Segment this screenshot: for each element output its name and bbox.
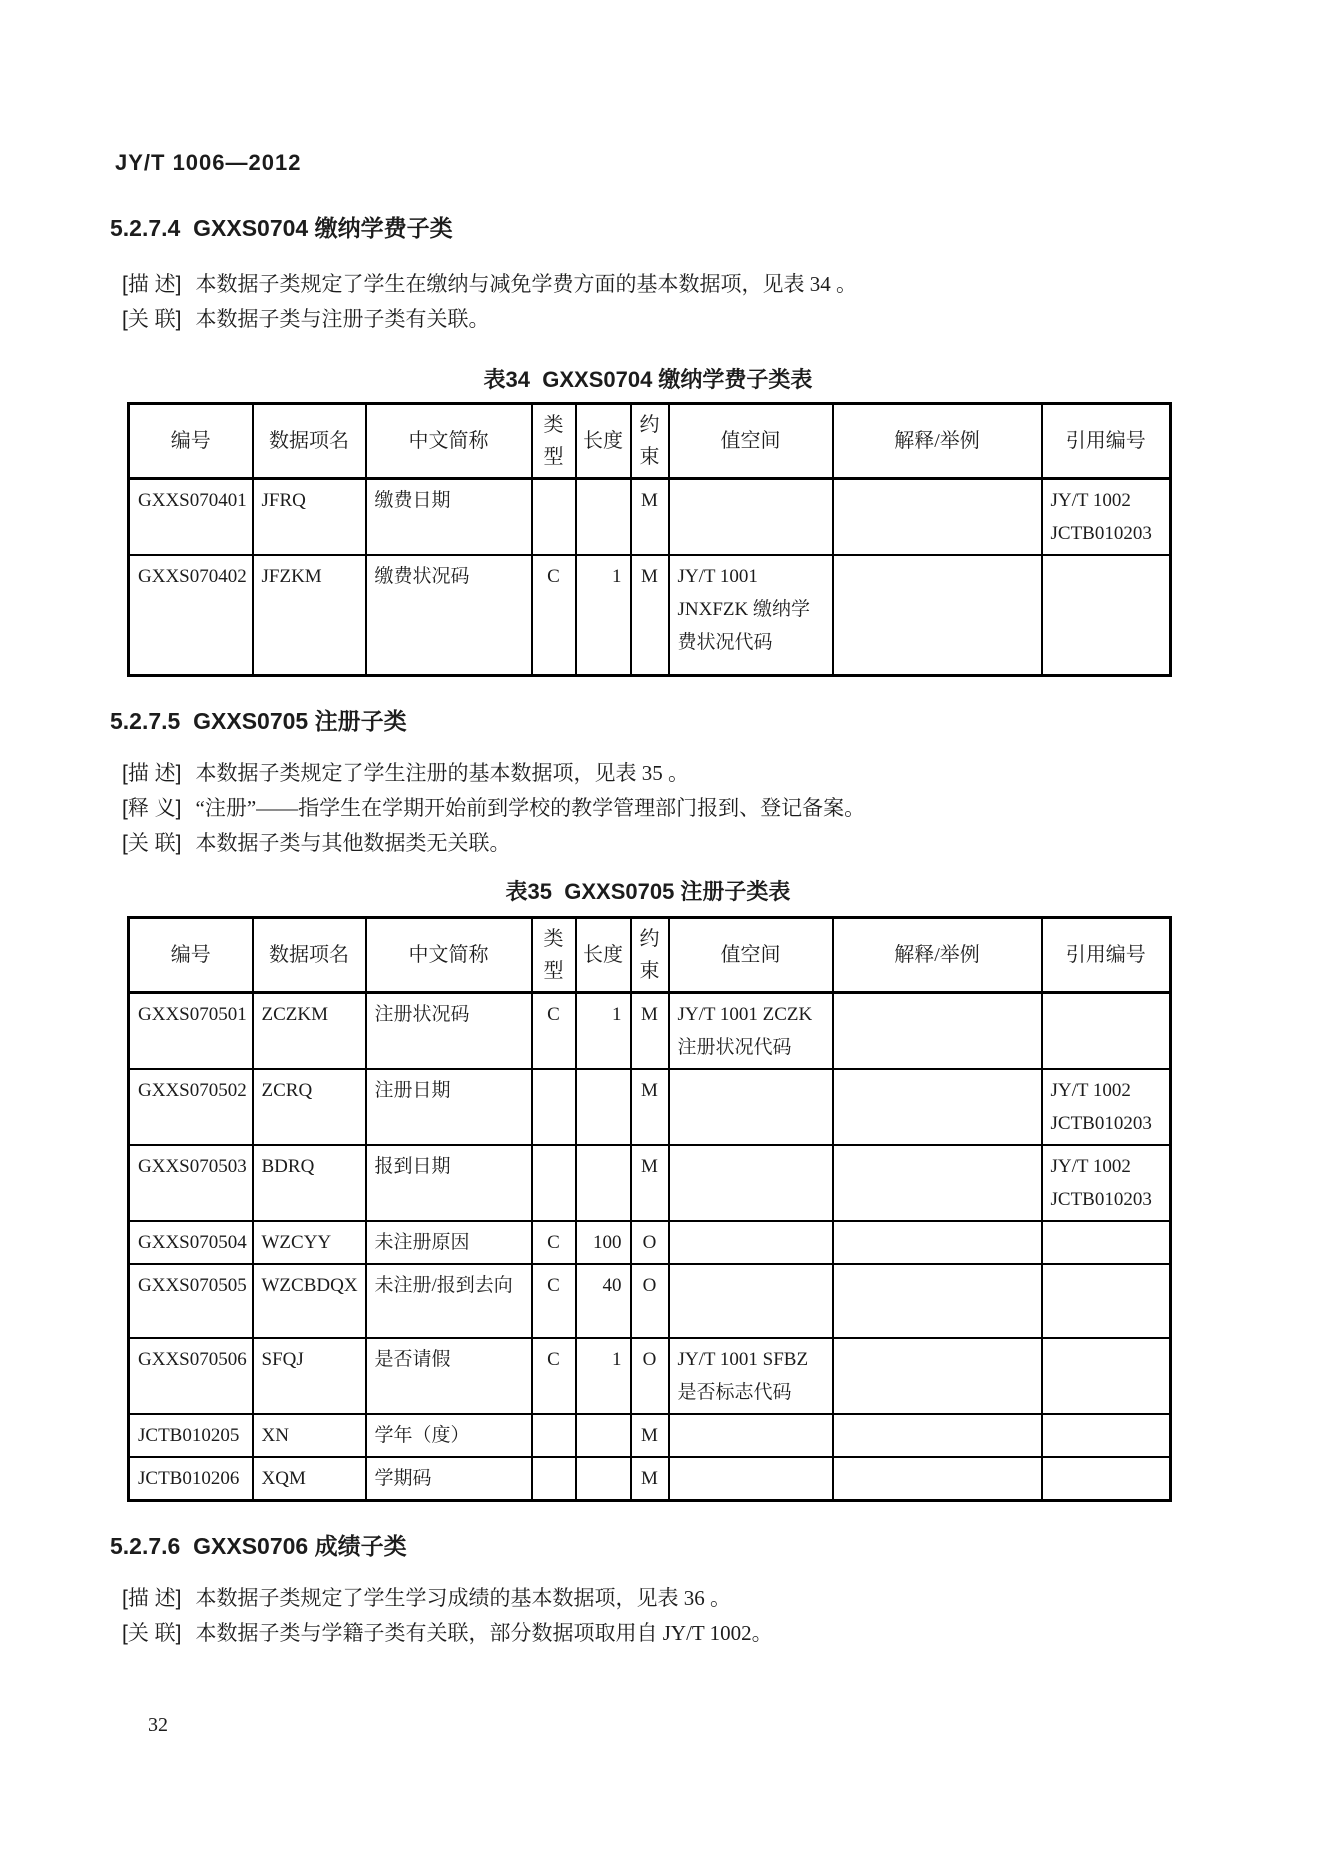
cell-id: JCTB010205 [129, 1414, 253, 1457]
cell-type [532, 1414, 576, 1457]
table-34: 编号 数据项名 中文简称 类型 长度 约束 值空间 解释/举例 引用编号 GXX… [127, 402, 1172, 677]
cell-name: SFQJ [253, 1338, 366, 1414]
col-header-type: 类型 [532, 917, 576, 992]
desc-label: [描 述] [122, 762, 182, 785]
cell-space [669, 1414, 833, 1457]
doc-code: JY/T 1006—2012 [115, 150, 1323, 176]
table34-header-row: 编号 数据项名 中文简称 类型 长度 约束 值空间 解释/举例 引用编号 [129, 404, 1171, 479]
cell-type [532, 1457, 576, 1501]
desc-text: 本数据子类规定了学生学习成绩的基本数据项，见表 36 。 [196, 1586, 732, 1610]
col-header-name: 数据项名 [253, 404, 366, 479]
cell-space [669, 1069, 833, 1145]
cell-type: C [532, 555, 576, 675]
cell-space [669, 479, 833, 556]
cell-name: ZCRQ [253, 1069, 366, 1145]
cell-name: XN [253, 1414, 366, 1457]
cell-cons: M [631, 1414, 669, 1457]
cell-type: C [532, 1221, 576, 1264]
relation-paragraph-705: [关 联]本数据子类与其他数据类无关联。 [122, 826, 1283, 861]
cell-cn: 未注册/报到去向 [366, 1264, 532, 1338]
table-row: JCTB010206 XQM 学期码 M [129, 1457, 1171, 1501]
cell-cons: M [631, 1457, 669, 1501]
cell-space [669, 1264, 833, 1338]
col-header-cons: 约束 [631, 917, 669, 992]
col-header-space: 值空间 [669, 404, 833, 479]
definition-label: [释 义] [122, 797, 182, 820]
cell-type: C [532, 1264, 576, 1338]
desc-paragraph-705: [描 述]本数据子类规定了学生注册的基本数据项，见表 35 。 [122, 756, 1283, 791]
cell-len: 1 [576, 1338, 631, 1414]
cell-id: GXXS070506 [129, 1338, 253, 1414]
cell-id: GXXS070502 [129, 1069, 253, 1145]
cell-space: JY/T 1001 ZCZK 注册状况代码 [669, 992, 833, 1069]
cell-expl [833, 555, 1042, 675]
cell-space [669, 1145, 833, 1221]
col-header-expl: 解释/举例 [833, 404, 1042, 479]
cell-type: C [532, 1338, 576, 1414]
cell-len [576, 1145, 631, 1221]
table-35: 编号 数据项名 中文简称 类型 长度 约束 值空间 解释/举例 引用编号 GXX… [127, 916, 1172, 1502]
relation-text: 本数据子类与其他数据类无关联。 [196, 831, 511, 855]
cell-expl [833, 1457, 1042, 1501]
cell-type: C [532, 992, 576, 1069]
cell-len: 40 [576, 1264, 631, 1338]
cell-expl [833, 1414, 1042, 1457]
desc-label: [描 述] [122, 1587, 182, 1610]
cell-ref [1042, 1221, 1171, 1264]
cell-name: BDRQ [253, 1145, 366, 1221]
table34-caption: 表34 GXXS0704 缴纳学费子类表 [127, 363, 1169, 394]
col-header-cons: 约束 [631, 404, 669, 479]
desc-text: 本数据子类规定了学生注册的基本数据项，见表 35 。 [196, 761, 690, 785]
cell-len [576, 479, 631, 556]
cell-ref: JY/T 1002 JCTB010203 [1042, 1069, 1171, 1145]
cell-cons: M [631, 992, 669, 1069]
cell-ref [1042, 1414, 1171, 1457]
table-row: GXXS070502 ZCRQ 注册日期 M JY/T 1002 JCTB010… [129, 1069, 1171, 1145]
desc-paragraph-706: [描 述]本数据子类规定了学生学习成绩的基本数据项，见表 36 。 [122, 1581, 1283, 1616]
cell-cons: M [631, 555, 669, 675]
cell-expl [833, 1145, 1042, 1221]
cell-len: 1 [576, 555, 631, 675]
cell-expl [833, 992, 1042, 1069]
relation-label: [关 联] [122, 308, 182, 331]
section-heading-705: 5.2.7.5 GXXS0705 注册子类 [110, 703, 1323, 736]
col-header-space: 值空间 [669, 917, 833, 992]
cell-name: JFZKM [253, 555, 366, 675]
table-row: JCTB010205 XN 学年（度） M [129, 1414, 1171, 1457]
table-row: GXXS070505 WZCBDQX 未注册/报到去向 C 40 O [129, 1264, 1171, 1338]
cell-cn: 注册状况码 [366, 992, 532, 1069]
col-header-len: 长度 [576, 404, 631, 479]
cell-len: 1 [576, 992, 631, 1069]
cell-type [532, 1069, 576, 1145]
cell-cn: 注册日期 [366, 1069, 532, 1145]
cell-expl [833, 1221, 1042, 1264]
cell-cn: 学年（度） [366, 1414, 532, 1457]
cell-ref: JY/T 1002 JCTB010203 [1042, 479, 1171, 556]
cell-id: GXXS070401 [129, 479, 253, 556]
cell-name: ZCZKM [253, 992, 366, 1069]
col-header-id: 编号 [129, 917, 253, 992]
col-header-name: 数据项名 [253, 917, 366, 992]
cell-expl [833, 479, 1042, 556]
cell-id: GXXS070501 [129, 992, 253, 1069]
col-header-cn: 中文简称 [366, 404, 532, 479]
cell-cons: O [631, 1338, 669, 1414]
cell-name: XQM [253, 1457, 366, 1501]
table-row: GXXS070401 JFRQ 缴费日期 M JY/T 1002 JCTB010… [129, 479, 1171, 556]
cell-cons: O [631, 1264, 669, 1338]
relation-label: [关 联] [122, 1622, 182, 1645]
cell-ref [1042, 1264, 1171, 1338]
desc-label: [描 述] [122, 273, 182, 296]
cell-id: GXXS070504 [129, 1221, 253, 1264]
relation-paragraph-706: [关 联]本数据子类与学籍子类有关联，部分数据项取用自 JY/T 1002。 [122, 1616, 1283, 1651]
table35-header-row: 编号 数据项名 中文简称 类型 长度 约束 值空间 解释/举例 引用编号 [129, 917, 1171, 992]
cell-id: GXXS070402 [129, 555, 253, 675]
relation-text: 本数据子类与学籍子类有关联，部分数据项取用自 JY/T 1002。 [196, 1621, 773, 1645]
cell-ref [1042, 1338, 1171, 1414]
desc-text: 本数据子类规定了学生在缴纳与减免学费方面的基本数据项，见表 34 。 [196, 272, 858, 296]
cell-space: JY/T 1001 JNXFZK 缴纳学费状况代码 [669, 555, 833, 675]
cell-cn: 学期码 [366, 1457, 532, 1501]
cell-name: WZCBDQX [253, 1264, 366, 1338]
table-row: GXXS070506 SFQJ 是否请假 C 1 O JY/T 1001 SFB… [129, 1338, 1171, 1414]
cell-id: GXXS070505 [129, 1264, 253, 1338]
cell-cons: M [631, 1069, 669, 1145]
cell-cons: O [631, 1221, 669, 1264]
relation-paragraph-704: [关 联]本数据子类与注册子类有关联。 [122, 302, 1283, 337]
cell-cn: 是否请假 [366, 1338, 532, 1414]
table-row: GXXS070504 WZCYY 未注册原因 C 100 O [129, 1221, 1171, 1264]
section-heading-704: 5.2.7.4 GXXS0704 缴纳学费子类 [110, 210, 1323, 243]
cell-cn: 缴费状况码 [366, 555, 532, 675]
page-number: 32 [148, 1714, 168, 1737]
definition-text: “注册”——指学生在学期开始前到学校的教学管理部门报到、登记备案。 [196, 796, 866, 820]
definition-paragraph-705: [释 义]“注册”——指学生在学期开始前到学校的教学管理部门报到、登记备案。 [122, 791, 1283, 826]
relation-label: [关 联] [122, 832, 182, 855]
cell-ref [1042, 555, 1171, 675]
cell-ref [1042, 992, 1171, 1069]
cell-len [576, 1414, 631, 1457]
cell-cons: M [631, 1145, 669, 1221]
table-row: GXXS070402 JFZKM 缴费状况码 C 1 M JY/T 1001 J… [129, 555, 1171, 675]
cell-expl [833, 1338, 1042, 1414]
cell-id: JCTB010206 [129, 1457, 253, 1501]
cell-len [576, 1069, 631, 1145]
cell-id: GXXS070503 [129, 1145, 253, 1221]
cell-space [669, 1457, 833, 1501]
col-header-len: 长度 [576, 917, 631, 992]
cell-name: WZCYY [253, 1221, 366, 1264]
section-heading-706: 5.2.7.6 GXXS0706 成绩子类 [110, 1528, 1323, 1561]
col-header-ref: 引用编号 [1042, 917, 1171, 992]
cell-cons: M [631, 479, 669, 556]
col-header-id: 编号 [129, 404, 253, 479]
cell-space [669, 1221, 833, 1264]
table35-caption: 表35 GXXS0705 注册子类表 [127, 875, 1169, 906]
col-header-cn: 中文简称 [366, 917, 532, 992]
col-header-expl: 解释/举例 [833, 917, 1042, 992]
cell-type [532, 1145, 576, 1221]
relation-text: 本数据子类与注册子类有关联。 [196, 307, 490, 331]
cell-len [576, 1457, 631, 1501]
table-row: GXXS070501 ZCZKM 注册状况码 C 1 M JY/T 1001 Z… [129, 992, 1171, 1069]
cell-name: JFRQ [253, 479, 366, 556]
cell-cn: 缴费日期 [366, 479, 532, 556]
cell-space: JY/T 1001 SFBZ 是否标志代码 [669, 1338, 833, 1414]
col-header-type: 类型 [532, 404, 576, 479]
col-header-ref: 引用编号 [1042, 404, 1171, 479]
cell-ref [1042, 1457, 1171, 1501]
desc-paragraph-704: [描 述]本数据子类规定了学生在缴纳与减免学费方面的基本数据项，见表 34 。 [122, 267, 1283, 302]
cell-len: 100 [576, 1221, 631, 1264]
cell-expl [833, 1264, 1042, 1338]
cell-cn: 未注册原因 [366, 1221, 532, 1264]
cell-ref: JY/T 1002 JCTB010203 [1042, 1145, 1171, 1221]
table-row: GXXS070503 BDRQ 报到日期 M JY/T 1002 JCTB010… [129, 1145, 1171, 1221]
cell-expl [833, 1069, 1042, 1145]
document-page: JY/T 1006—2012 5.2.7.4 GXXS0704 缴纳学费子类 [… [0, 0, 1323, 1871]
cell-cn: 报到日期 [366, 1145, 532, 1221]
cell-type [532, 479, 576, 556]
